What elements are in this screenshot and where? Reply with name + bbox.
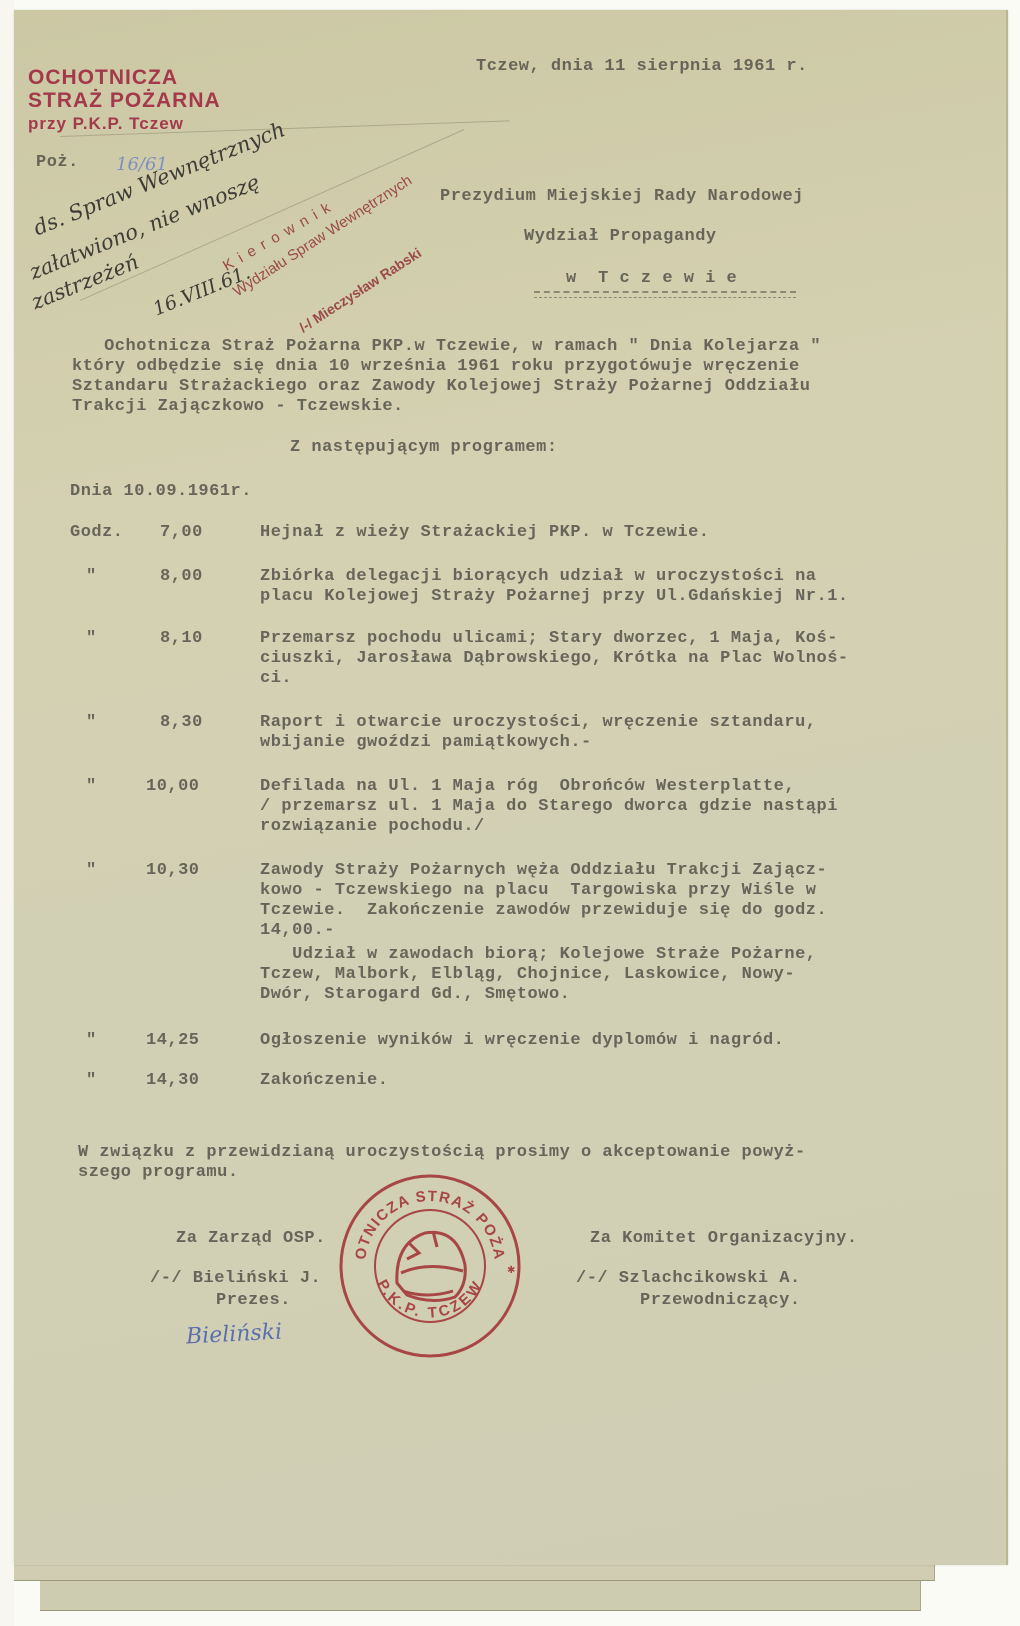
intro-line: który odbędzie się dnia 10 września 1961…	[72, 356, 800, 377]
schedule-time: 14,25	[146, 1030, 200, 1051]
schedule-text: Zakończenie.	[260, 1070, 388, 1091]
signature-right-name: /-/ Szlachcikowski A.	[576, 1268, 801, 1289]
schedule-text: Hejnał z wieży Strażackiej PKP. w Tczewi…	[260, 522, 709, 543]
schedule-text: wbijanie gwoździ pamiątkowych.-	[260, 732, 592, 753]
schedule-text: Zawody Straży Pożarnych węża Oddziału Tr…	[260, 860, 827, 881]
program-heading: Z następującym programem:	[290, 437, 558, 458]
fire-helmet-icon	[397, 1231, 465, 1301]
schedule-time: 7,00	[160, 522, 203, 543]
round-stamp-seal: OCHOTNICZA STRAŻ POŻARNA P.K.P. TCZEW ✱	[337, 1173, 523, 1359]
schedule-text: Defilada na Ul. 1 Maja róg Obrońców West…	[260, 776, 795, 797]
signature-left-name: /-/ Bieliński J.	[150, 1268, 321, 1289]
addressee-line: Prezydium Miejskiej Rady Narodowej	[440, 186, 804, 207]
schedule-time: 10,00	[146, 776, 200, 797]
schedule-text: Zbiórka delegacji biorących udział w uro…	[260, 566, 817, 587]
addressee-line: w T c z e w i e	[566, 268, 737, 289]
signature-right-header: Za Komitet Organizacyjny.	[590, 1228, 858, 1249]
intro-line: Sztandaru Strażackiego oraz Zawody Kolej…	[72, 376, 810, 397]
signature-left-header: Za Zarząd OSP.	[176, 1228, 326, 1249]
date-line: Tczew, dnia 11 sierpnia 1961 r.	[476, 56, 808, 77]
signature-left-role: Prezes.	[216, 1290, 291, 1311]
letterhead-line: OCHOTNICZA	[28, 66, 221, 89]
schedule-text: ciuszki, Jarosława Dąbrowskiego, Krótka …	[260, 648, 849, 669]
letterhead-line: przy P.K.P. Tczew	[28, 112, 221, 135]
schedule-prefix: "	[86, 776, 97, 797]
scan-margin	[0, 0, 14, 1626]
schedule-prefix: Godz.	[70, 522, 124, 543]
addressee-line: Wydział Propagandy	[524, 226, 717, 247]
schedule-prefix: "	[86, 628, 97, 649]
schedule-prefix: "	[86, 860, 97, 881]
schedule-text: Raport i otwarcie uroczystości, wręczeni…	[260, 712, 817, 733]
schedule-time: 14,30	[146, 1070, 200, 1091]
schedule-time: 8,10	[160, 628, 203, 649]
intro-line: Ochotnicza Straż Pożarna PKP.w Tczewie, …	[72, 336, 821, 357]
schedule-text: Dwór, Starogard Gd., Smętowo.	[260, 984, 570, 1005]
letterhead-stamp: OCHOTNICZA STRAŻ POŻARNA przy P.K.P. Tcz…	[28, 66, 221, 135]
schedule-time: 8,00	[160, 566, 203, 587]
schedule-text: 14,00.-	[260, 920, 335, 941]
schedule-text: Ogłoszenie wyników i wręczenie dyplomów …	[260, 1030, 784, 1051]
intro-line: Trakcji Zajączkowo - Tczewskie.	[72, 396, 404, 417]
closing-line: W związku z przewidzianą uroczystością p…	[78, 1142, 806, 1163]
schedule-time: 10,30	[146, 860, 200, 881]
schedule-prefix: "	[86, 1030, 97, 1051]
schedule-text: placu Kolejowej Straży Pożarnej przy Ul.…	[260, 586, 849, 607]
addressee-underline	[534, 291, 796, 298]
schedule-text: kowo - Tczewskiego na placu Targowiska p…	[260, 880, 817, 901]
schedule-text: ci.	[260, 668, 292, 689]
schedule-time: 8,30	[160, 712, 203, 733]
handwritten-signature: Bieliński	[185, 1320, 282, 1350]
reference-label: Poż.	[36, 152, 79, 173]
schedule-text: Tczewie. Zakończenie zawodów przewiduje …	[260, 900, 827, 921]
closing-line: szego programu.	[78, 1162, 239, 1183]
schedule-text: Przemarsz pochodu ulicami; Stary dworzec…	[260, 628, 838, 649]
schedule-prefix: "	[86, 1070, 97, 1091]
schedule-text: rozwiązanie pochodu./	[260, 816, 485, 837]
svg-text:✱: ✱	[507, 1265, 515, 1276]
schedule-prefix: "	[86, 566, 97, 587]
letterhead-line: STRAŻ POŻARNA	[28, 89, 221, 112]
schedule-text: Tczew, Malbork, Elbląg, Chojnice, Laskow…	[260, 964, 795, 985]
schedule-prefix: "	[86, 712, 97, 733]
schedule-text: Udział w zawodach biorą; Kolejowe Straże…	[260, 944, 817, 965]
schedule-text: / przemarsz ul. 1 Maja do Starego dworca…	[260, 796, 838, 817]
day-line: Dnia 10.09.1961r.	[70, 481, 252, 502]
signature-right-role: Przewodniczący.	[640, 1290, 801, 1311]
